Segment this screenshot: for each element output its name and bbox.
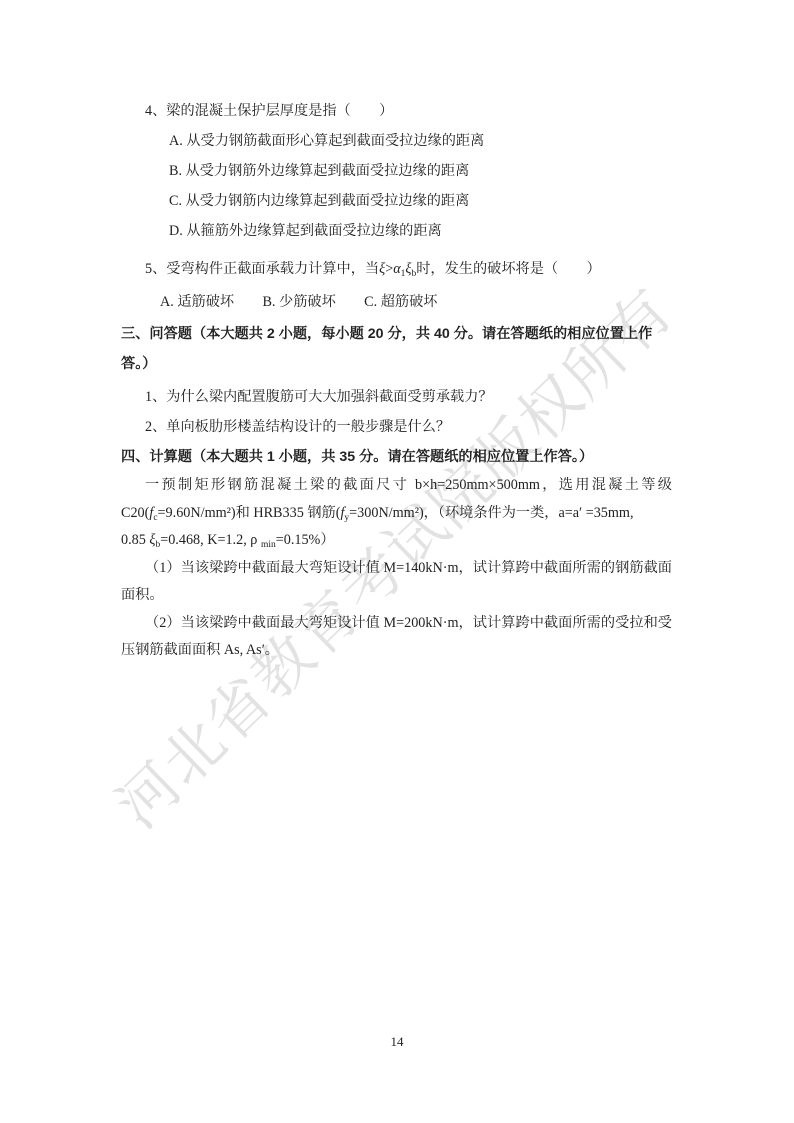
section-3-heading: 三、问答题（本大题共 2 小题，每小题 20 分，共 40 分。请在答题纸的相应…	[121, 319, 672, 379]
question-5-stem: 5、受弯构件正截面承载力计算中，当ξ>α1ξb时，发生的破坏将是（ ）	[121, 254, 672, 284]
problem-subquestion-2-line-2: 压钢筋截面面积 As, As′。	[121, 637, 672, 665]
section-3-item-2: 2、单向板肋形楼盖结构设计的一般步骤是什么？	[121, 412, 672, 442]
section-4-heading: 四、计算题（本大题共 1 小题，共 35 分。请在答题纸的相应位置上作答。）	[121, 442, 672, 472]
question-4-option-a: A. 从受力钢筋截面形心算起到截面受拉边缘的距离	[121, 126, 672, 156]
question-5-options: A. 适筋破坏 B. 少筋破坏 C. 超筋破坏	[121, 287, 672, 317]
question-4-option-c: C. 从受力钢筋内边缘算起到截面受拉边缘的距离	[121, 186, 672, 216]
problem-subquestion-2-line-1: （2）当该梁跨中截面最大弯矩设计值 M=200kN·m，试计算跨中截面所需的受拉…	[121, 610, 672, 638]
problem-statement-line-1: 一预制矩形钢筋混凝土梁的截面尺寸 b×h=250mm×500mm，选用混凝土等级	[121, 472, 672, 500]
page-number: 14	[0, 1034, 794, 1050]
question-4-stem: 4、梁的混凝土保护层厚度是指（ ）	[121, 96, 672, 126]
problem-subquestion-1-line-1: （1）当该梁跨中截面最大弯矩设计值 M=140kN·m，试计算跨中截面所需的钢筋…	[121, 555, 672, 583]
problem-subquestion-1-line-2: 面积。	[121, 582, 672, 610]
question-4-option-b: B. 从受力钢筋外边缘算起到截面受拉边缘的距离	[121, 156, 672, 186]
question-4-option-d: D. 从箍筋外边缘算起到截面受拉边缘的距离	[121, 216, 672, 246]
exam-paper-page: 河北省教育考试院版权所有 4、梁的混凝土保护层厚度是指（ ） A. 从受力钢筋截…	[0, 0, 794, 1123]
section-3-item-1: 1、为什么梁内配置腹筋可大大加强斜截面受剪承载力？	[121, 382, 672, 412]
problem-statement-line-2: C20(fc=9.60N/mm²)和 HRB335 钢筋(fy=300N/mm²…	[121, 500, 672, 528]
problem-statement-line-3: 0.85 ξb=0.468, K=1.2, ρ min=0.15%）	[121, 527, 672, 555]
page-content: 4、梁的混凝土保护层厚度是指（ ） A. 从受力钢筋截面形心算起到截面受拉边缘的…	[121, 96, 672, 665]
